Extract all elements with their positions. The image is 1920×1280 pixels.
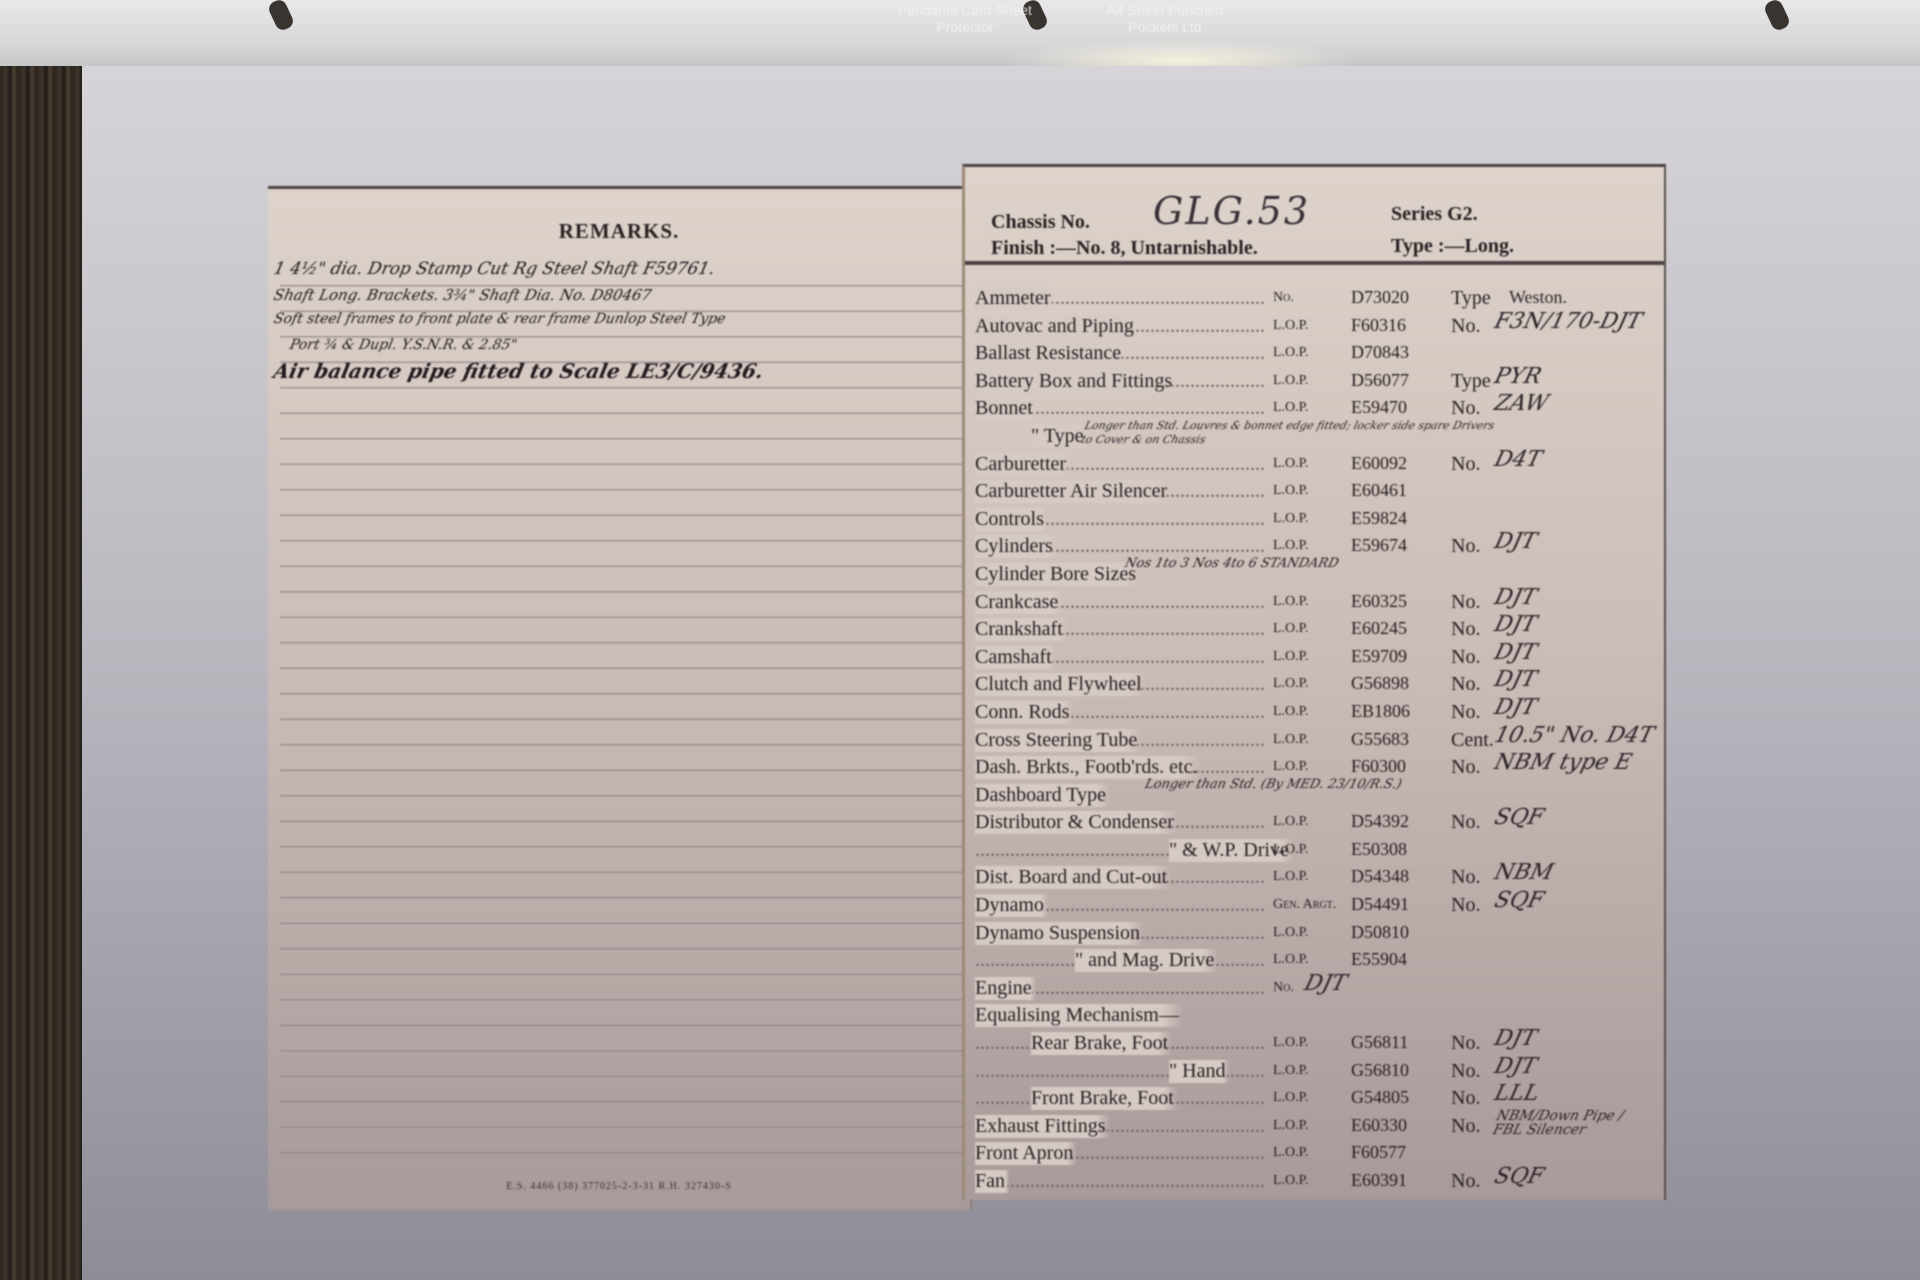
part-reference: L.O.P. [1273,456,1308,472]
part-number-label: No. [1451,646,1480,669]
part-code: F60300 [1351,756,1406,777]
handwritten-entry: SQF [1492,888,1547,913]
handwritten-entry: F3N/170-DJT [1492,309,1645,334]
part-reference: L.O.P. [1273,649,1308,665]
part-code: D50810 [1351,922,1409,943]
handwritten-entry: DJT [1492,695,1539,720]
part-row: ........................................… [975,892,1652,920]
part-row: ........................................… [975,1058,1652,1086]
part-number-label: Type [1451,287,1491,310]
binder-ring [267,0,296,32]
part-name: Distributor & Condenser [975,811,1178,834]
part-name: Ballast Resistance [975,342,1125,365]
part-row: ........................................… [975,478,1652,506]
handwritten-entry: NBM [1492,860,1556,885]
part-reference: L.O.P. [1273,869,1308,885]
part-number-label: No. [1451,701,1480,724]
chassis-label: Chassis No. [991,211,1090,234]
part-code: G56810 [1351,1060,1409,1081]
part-reference: L.O.P. [1273,704,1308,720]
part-code: E50308 [1351,839,1407,860]
part-name: Cylinder Bore Sizes [975,563,1140,586]
part-number-label: No. [1451,1060,1480,1083]
part-code: E60391 [1351,1170,1407,1191]
remark-note: Shaft Long. Brackets. 3¾" Shaft Dia. No.… [272,286,653,304]
binder-top-strip: Pendants Card Sheet Protector A4 Sheet P… [0,0,1920,68]
handwritten-entry: DJT [1492,667,1539,692]
chassis-number: GLG.53 [1153,189,1310,233]
handwritten-entry: Longer than Std. Louvres & bonnet edge f… [1080,419,1507,447]
part-code: D56077 [1351,370,1409,391]
part-reference: L.O.P. [1273,621,1308,637]
part-reference: L.O.P. [1273,759,1308,775]
handwritten-entry: DJT [1492,529,1539,554]
part-row: Equalising Mechanism— [975,1002,1652,1030]
part-code: E55904 [1351,949,1407,970]
part-reference: L.O.P. [1273,373,1308,389]
part-name: Rear Brake, Foot [1031,1032,1172,1055]
part-number-label: No. [1451,673,1480,696]
sleeve-label: Pendants Card Sheet Protector [880,2,1050,36]
part-code: G55683 [1351,729,1409,750]
part-name: Autovac and Piping [975,315,1138,338]
part-name: " and Mag. Drive [1075,949,1218,972]
part-name: Bonnet [975,397,1037,420]
part-code: D54348 [1351,866,1409,887]
part-row: ........................................… [975,920,1652,948]
handwritten-entry: DJT [1492,612,1539,637]
part-number-label: No. [1451,1087,1480,1110]
part-reference: L.O.P. [1273,732,1308,748]
part-number-label: No. [1451,453,1480,476]
part-name: Crankcase [975,591,1062,614]
part-reference: L.O.P. [1273,1063,1308,1079]
part-name: Carburetter [975,453,1070,476]
part-row: ........................................… [975,589,1652,617]
part-row: ........................................… [975,1113,1652,1141]
parts-list: ........................................… [975,285,1652,1196]
part-row: ........................................… [975,340,1652,368]
part-reference: L.O.P. [1273,952,1308,968]
part-reference: L.O.P. [1273,318,1308,334]
part-code: E59824 [1351,508,1407,529]
part-reference: L.O.P. [1273,925,1308,941]
part-name: Camshaft [975,646,1056,669]
part-code: F60316 [1351,315,1406,336]
part-number-label: No. [1451,811,1480,834]
part-name: Dash. Brkts., Footb'rds. etc. [975,756,1201,779]
handwritten-entry: PYR [1492,364,1544,389]
part-code: G56898 [1351,673,1409,694]
handwritten-entry: DJT [1492,640,1539,665]
part-name: Clutch and Flywheel [975,673,1146,696]
part-reference: L.O.P. [1273,511,1308,527]
part-row: Dashboard TypeLonger than Std. (By MED. … [975,782,1652,810]
part-code: G54805 [1351,1087,1409,1108]
part-code: E60461 [1351,480,1407,501]
chassis-card: Chassis No. GLG.53 Series G2. Finish :—N… [962,164,1666,1200]
remarks-card: REMARKS. 1 4½" dia. Drop Stamp Cut Rg St… [268,186,972,1210]
part-name: Engine [975,977,1036,1000]
part-code: D54392 [1351,811,1409,832]
part-reference: L.O.P. [1273,483,1308,499]
handwritten-entry: NBM/Down Pipe / FBL Silencer [1492,1109,1649,1137]
part-number-label: No. [1451,397,1480,420]
part-number-label: Type [1451,370,1491,393]
part-number-label: No. [1451,756,1480,779]
remark-note: Air balance pipe fitted to Scale LE3/C/9… [271,359,765,383]
part-row: ........................................… [975,864,1652,892]
part-code: E60330 [1351,1115,1407,1136]
part-reference: L.O.P. [1273,594,1308,610]
binder-ring [1763,0,1792,32]
handwritten-entry: Weston. [1509,287,1567,308]
handwritten-entry: 10.5" No. D4T [1492,723,1657,748]
part-name: Equalising Mechanism— [975,1004,1183,1027]
part-name: Dist. Board and Cut-out [975,866,1171,889]
part-number-label: No. [1451,1170,1480,1193]
part-number-label: No. [1451,894,1480,917]
part-name: Exhaust Fittings [975,1115,1110,1138]
part-row: ........................................… [975,809,1652,837]
handwritten-entry: SQF [1492,805,1547,830]
handwritten-entry: D4T [1492,447,1545,472]
remarks-title: REMARKS. [268,219,970,244]
part-row: Cylinder Bore SizesNos 1to 3 Nos 4to 6 S… [975,561,1652,589]
part-row: ........................................… [975,1140,1652,1168]
part-reference: No. [1273,980,1294,996]
part-number-label: No. [1451,1115,1480,1138]
part-row: ........................................… [975,644,1652,672]
part-code: D70843 [1351,342,1409,363]
header-divider [965,261,1664,265]
part-name: Dynamo [975,894,1048,917]
part-name: Cross Steering Tube [975,729,1141,752]
part-number-label: No. [1451,591,1480,614]
handwritten-entry: Nos 1to 3 Nos 4to 6 STANDARD [1123,557,1340,571]
part-reference: L.O.P. [1273,676,1308,692]
part-reference: Gen. Argt. [1273,897,1336,913]
part-code: E60325 [1351,591,1407,612]
handwritten-entry: SQF [1492,1164,1547,1189]
part-name: Ammeter [975,287,1055,310]
part-number-label: No. [1451,618,1480,641]
handwritten-entry: Longer than Std. (By MED. 23/10/R.S.) [1143,778,1403,792]
part-code: F60577 [1351,1142,1406,1163]
part-code: E59709 [1351,646,1407,667]
part-number-label: No. [1451,535,1480,558]
part-reference: L.O.P. [1273,842,1308,858]
part-name: " Hand [1169,1060,1229,1083]
part-row: ........................................… [975,1030,1652,1058]
remark-note: Port ¾ & Dupl. Y.S.N.R. & 2.85" [288,337,518,353]
part-name: Battery Box and Fittings [975,370,1176,393]
part-reference: L.O.P. [1273,1173,1308,1189]
part-reference: L.O.P. [1273,1035,1308,1051]
part-name: Conn. Rods [975,701,1073,724]
part-name: Dynamo Suspension [975,922,1144,945]
remark-note: 1 4½" dia. Drop Stamp Cut Rg Steel Shaft… [272,259,717,279]
part-row: " TypeLonger than Std. Louvres & bonnet … [975,423,1652,451]
part-reference: L.O.P. [1273,1118,1308,1134]
handwritten-entry: LLL [1492,1081,1542,1106]
part-name: Front Brake, Foot [1031,1087,1178,1110]
part-name: Crankshaft [975,618,1067,641]
handwritten-entry: ZAW [1492,391,1551,416]
part-row: ........................................… [975,451,1652,479]
part-name: Cylinders [975,535,1057,558]
part-code: EB1806 [1351,701,1410,722]
part-reference: No. [1273,290,1294,306]
part-name: Dashboard Type [975,784,1110,807]
finish-label: Finish :—No. 8, Untarnishable. [991,237,1258,260]
part-name: Front Apron [975,1142,1077,1165]
part-reference: L.O.P. [1273,814,1308,830]
part-code: E59674 [1351,535,1407,556]
binder-cloth-spine [0,66,82,1280]
part-code: G56811 [1351,1032,1408,1053]
type-label: Type :—Long. [1391,235,1514,258]
part-code: E60092 [1351,453,1407,474]
part-number-label: No. [1451,315,1480,338]
printer-imprint: E.S. 4466 (38) 377025-2-3-31 R.H. 327430… [268,1181,970,1192]
part-reference: L.O.P. [1273,1145,1308,1161]
part-name: Fan [975,1170,1009,1193]
part-reference: L.O.P. [1273,538,1308,554]
part-name: Controls [975,508,1048,531]
handwritten-entry: DJT [1302,971,1349,996]
part-code: D73020 [1351,287,1409,308]
part-reference: L.O.P. [1273,345,1308,361]
part-row: ........................................… [975,975,1652,1003]
part-row: ........................................… [975,616,1652,644]
part-row: ........................................… [975,313,1652,341]
ruled-lines [280,261,970,1158]
dot-leader: ........................................… [975,1170,1265,1190]
part-row: ........................................… [975,506,1652,534]
part-number-label: No. [1451,1032,1480,1055]
handwritten-entry: NBM type E [1492,750,1635,775]
part-reference: L.O.P. [1273,400,1308,416]
part-row: ........................................… [975,1168,1652,1196]
handwritten-entry: DJT [1492,1026,1539,1051]
handwritten-entry: DJT [1492,585,1539,610]
sleeve-label: A4 Sheet Punched Pockets Ltd [1080,2,1250,36]
part-code: D54491 [1351,894,1409,915]
part-row: ........................................… [975,671,1652,699]
part-code: E60245 [1351,618,1407,639]
part-code: E59470 [1351,397,1407,418]
remark-note: Soft steel frames to front plate & rear … [272,311,727,327]
series-label: Series G2. [1391,203,1478,226]
part-reference: L.O.P. [1273,1090,1308,1106]
part-number-label: No. [1451,866,1480,889]
part-number-label: Cent. [1451,729,1494,752]
handwritten-entry: DJT [1492,1054,1539,1079]
part-name: Carburetter Air Silencer [975,480,1171,503]
